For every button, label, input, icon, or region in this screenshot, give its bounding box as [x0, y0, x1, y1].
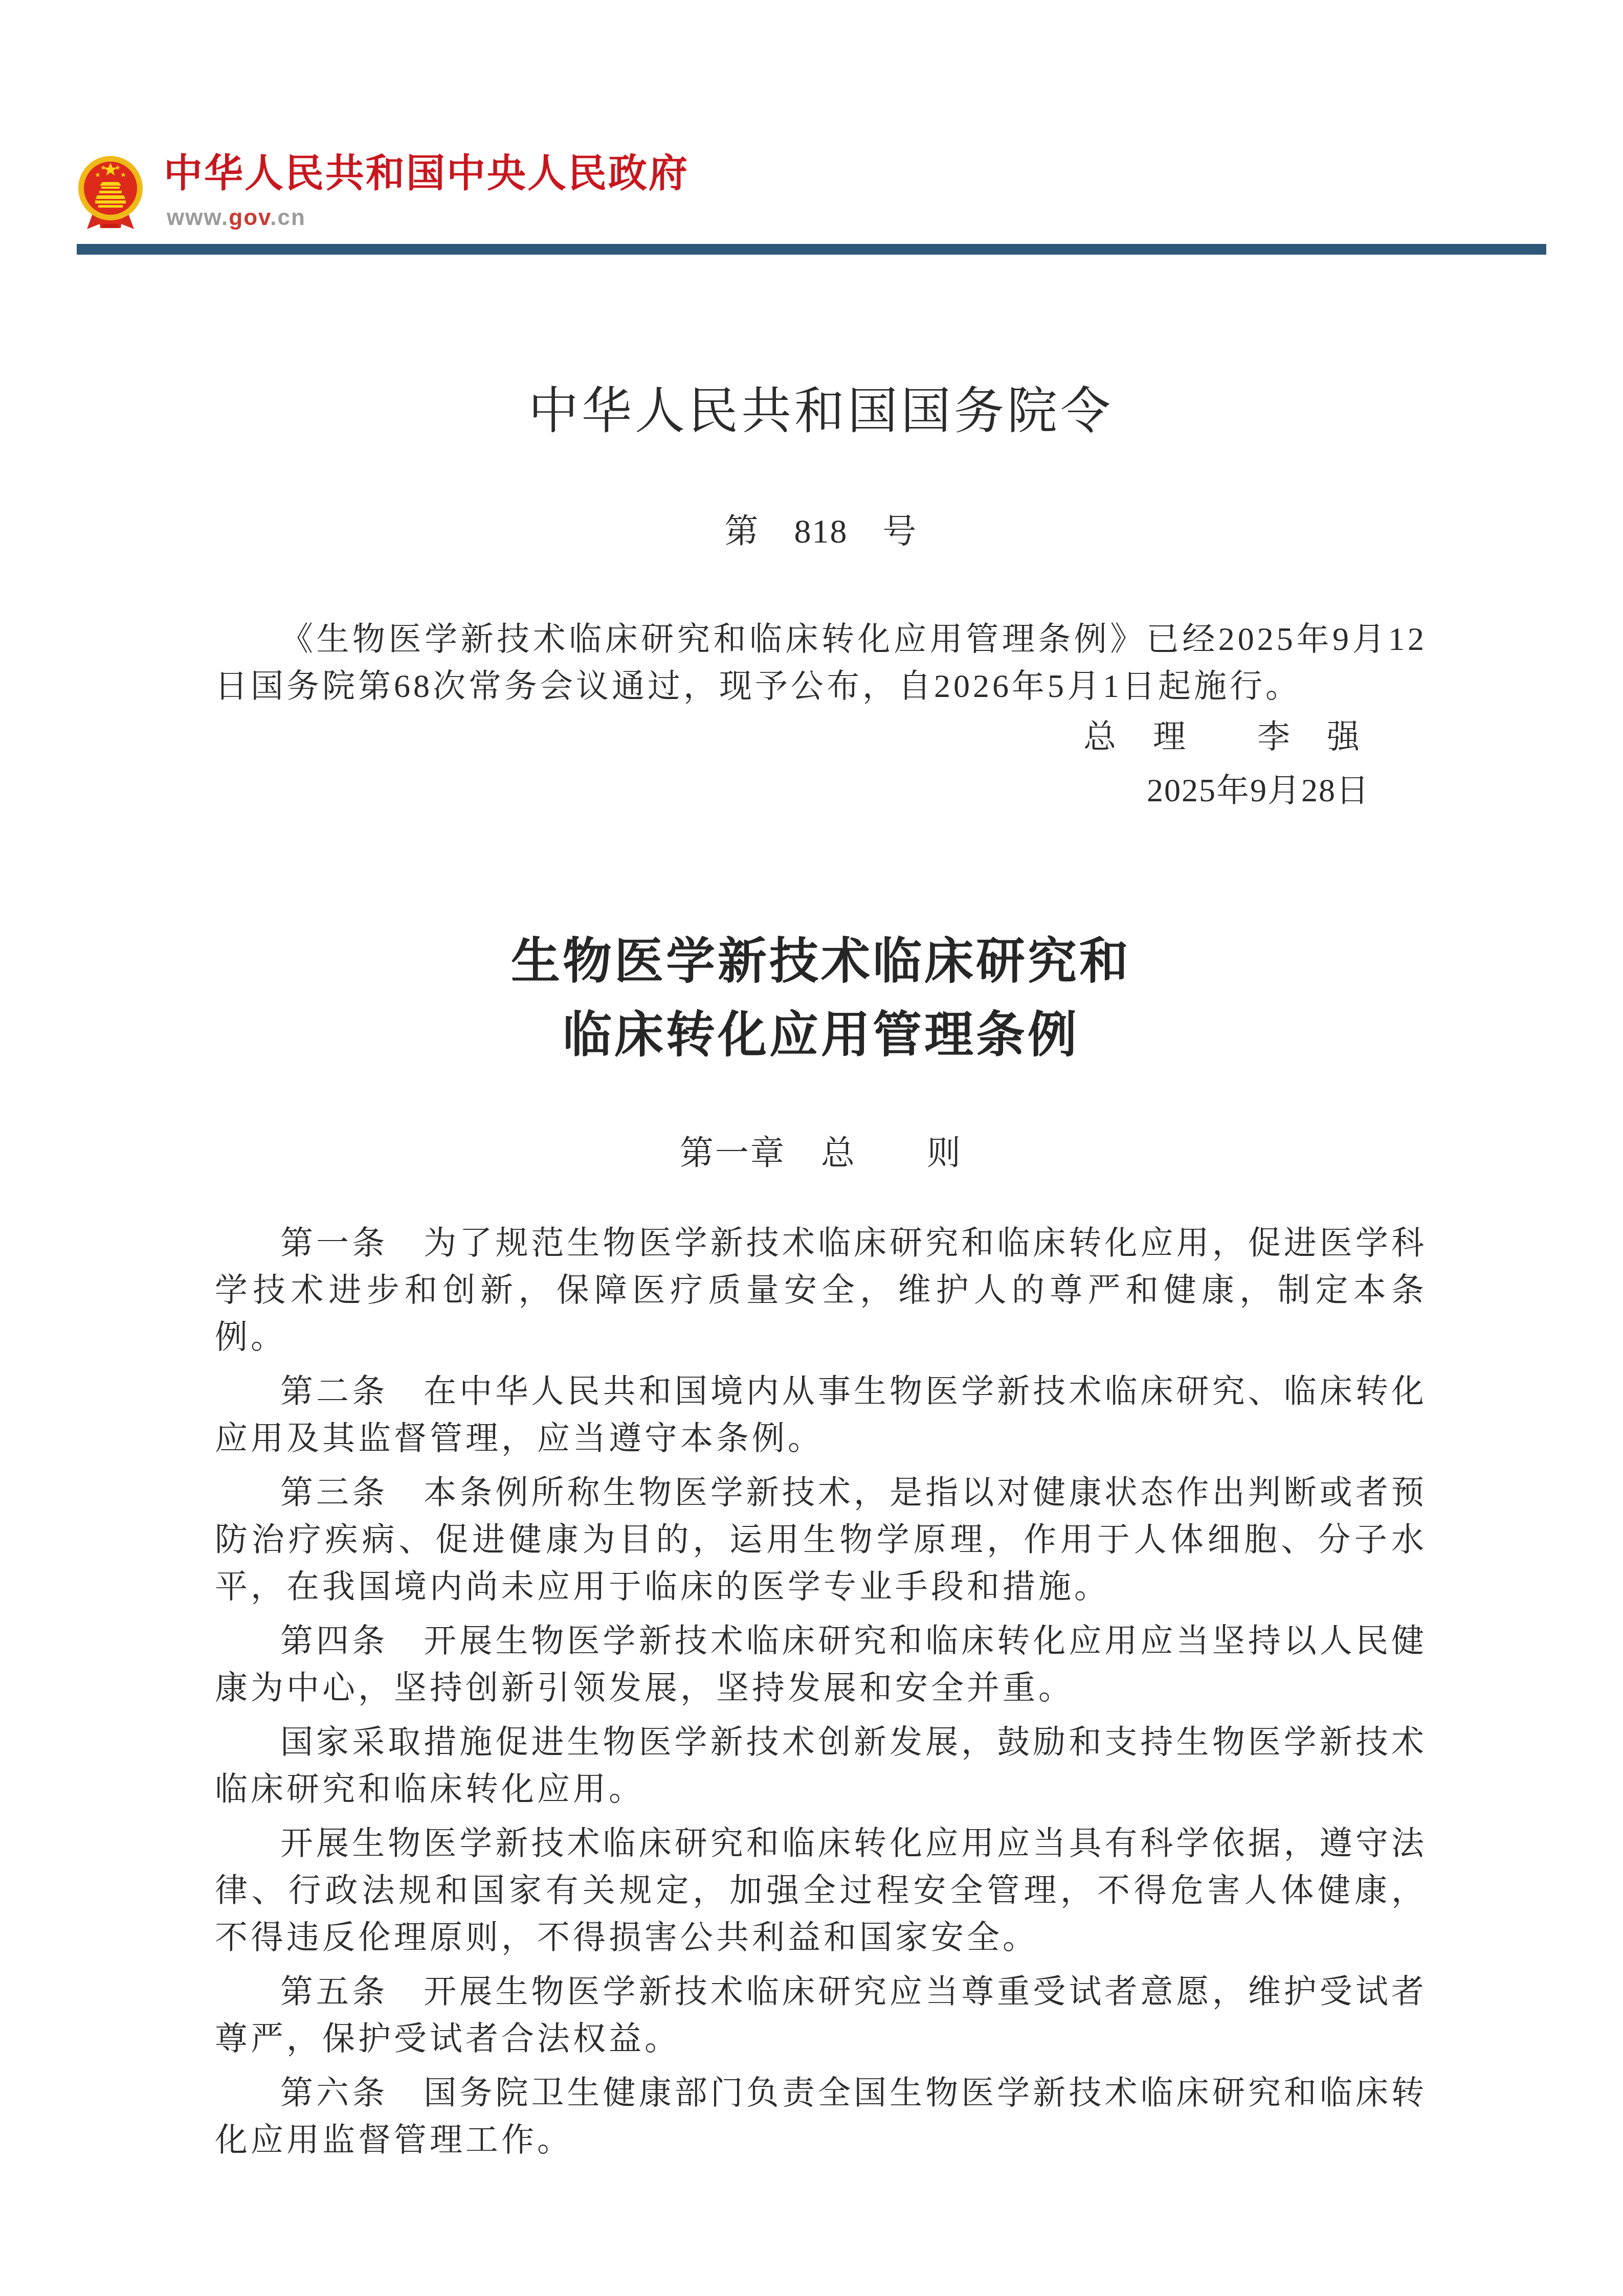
- national-emblem-svg: [77, 152, 144, 232]
- article-paragraph: 第三条 本条例所称生物医学新技术，是指以对健康状态作出判断或者预防治疗疾病、促进…: [215, 1469, 1427, 1610]
- document-content: 中华人民共和国国务院令 第 818 号 《生物医学新技术临床研究和临床转化应用管…: [215, 255, 1427, 2171]
- regulation-title-line1: 生物医学新技术临床研究和: [511, 934, 1131, 988]
- national-emblem-icon[interactable]: [77, 152, 144, 232]
- decree-number: 第 818 号: [215, 508, 1427, 555]
- article-paragraph: 第四条 开展生物医学新技术临床研究和临床转化应用应当坚持以人民健康为中心，坚持创…: [215, 1617, 1427, 1712]
- header-divider-bar: [77, 244, 1546, 255]
- article-paragraph: 国家采取措施促进生物医学新技术创新发展，鼓励和支持生物医学新技术临床研究和临床转…: [215, 1719, 1427, 1813]
- article-paragraph: 开展生物医学新技术临床研究和临床转化应用应当具有科学依据，遵守法律、行政法规和国…: [215, 1820, 1427, 1961]
- article-paragraph: 第六条 国务院卫生健康部门负责全国生物医学新技术临床研究和临床转化应用监督管理工…: [215, 2069, 1427, 2164]
- article-paragraph: 第二条 在中华人民共和国境内从事生物医学新技术临床研究、临床转化应用及其监督管理…: [215, 1368, 1427, 1462]
- chapter-heading: 第一章 总 则: [215, 1130, 1427, 1177]
- signature-date: 2025年9月28日: [215, 763, 1427, 817]
- page: 中华人民共和国中央人民政府 www.gov.cn 中华人民共和国国务院令 第 8…: [0, 0, 1623, 2296]
- site-url-link[interactable]: www.gov.cn: [167, 205, 306, 231]
- signature-block: 总 理 李 强 2025年9月28日: [215, 710, 1427, 817]
- decree-announcement: 《生物医学新技术临床研究和临床转化应用管理条例》已经2025年9月12日国务院第…: [215, 616, 1427, 710]
- decree-title: 中华人民共和国国务院令: [215, 376, 1427, 447]
- article-paragraph: 第一条 为了规范生物医学新技术临床研究和临床转化应用，促进医学科学技术进步和创新…: [215, 1220, 1427, 1361]
- regulation-title: 生物医学新技术临床研究和 临床转化应用管理条例: [215, 925, 1427, 1072]
- site-url-gov: gov: [229, 205, 270, 230]
- signature-premier: 总 理 李 强: [215, 710, 1427, 763]
- site-title: 中华人民共和国中央人民政府: [164, 149, 689, 198]
- site-header: 中华人民共和国中央人民政府 www.gov.cn: [0, 0, 1623, 256]
- articles-section: 第一条 为了规范生物医学新技术临床研究和临床转化应用，促进医学科学技术进步和创新…: [215, 1220, 1427, 2164]
- article-paragraph: 第五条 开展生物医学新技术临床研究应当尊重受试者意愿，维护受试者尊严，保护受试者…: [215, 1968, 1427, 2062]
- site-url-prefix: www.: [167, 205, 229, 230]
- regulation-title-line2: 临床转化应用管理条例: [563, 1007, 1079, 1062]
- site-url-suffix: .cn: [270, 205, 306, 230]
